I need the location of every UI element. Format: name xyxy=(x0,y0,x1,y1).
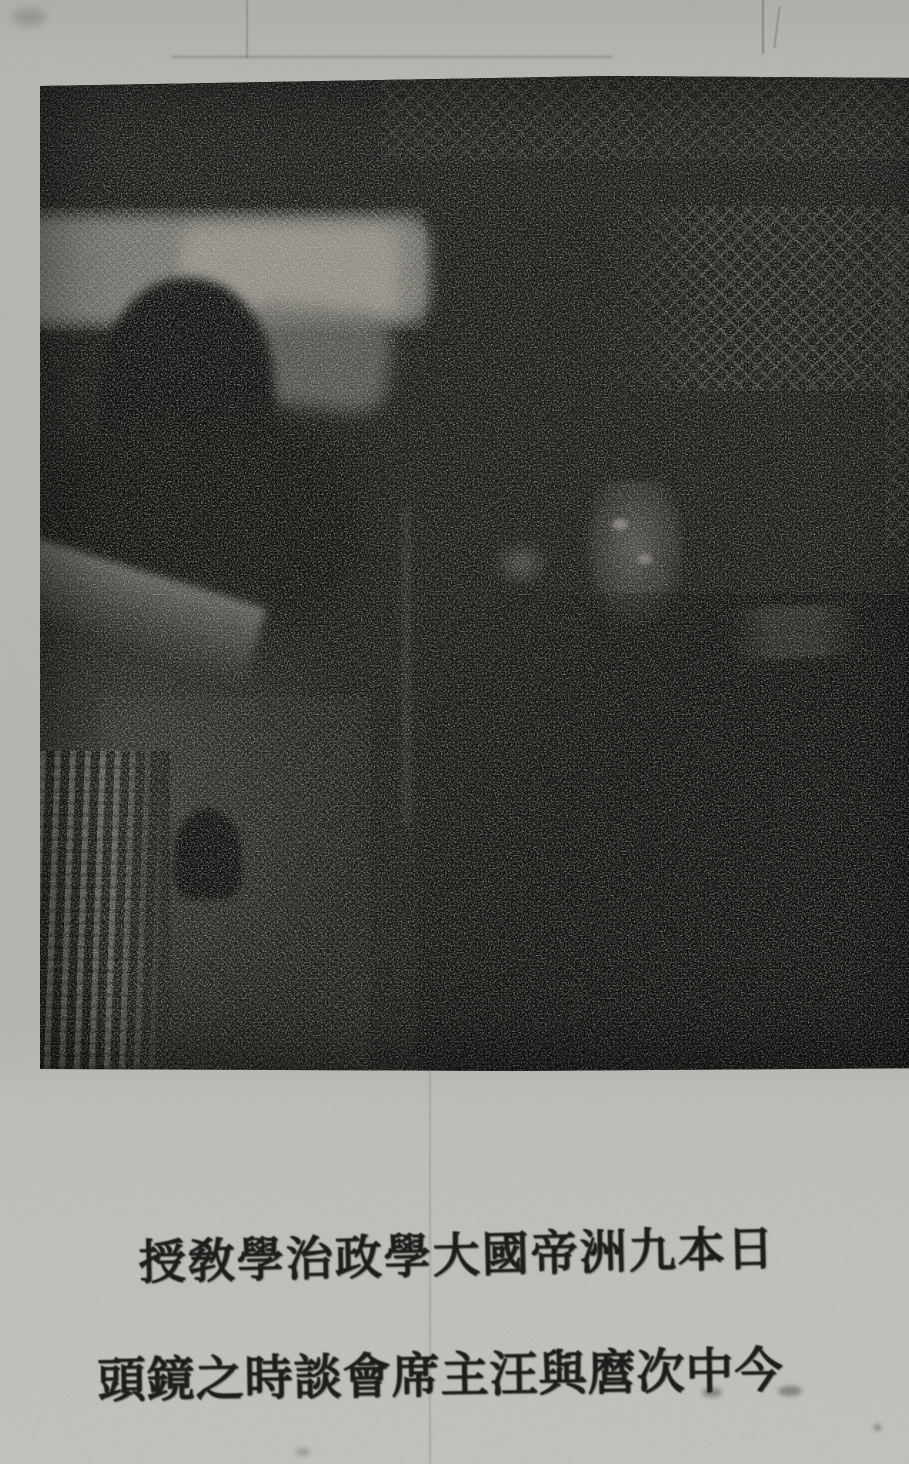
halftone-photograph xyxy=(40,76,909,1071)
fold-line-top xyxy=(246,0,248,58)
caption-line-2: 頭鏡之時談會席主汪與麿次中今 xyxy=(97,1331,784,1411)
print-line-above-photo xyxy=(172,56,612,58)
photo-vignette xyxy=(40,76,909,1071)
ink-smudge xyxy=(296,1448,310,1456)
scratch-mark xyxy=(773,6,780,48)
ink-smudge xyxy=(874,1424,881,1431)
newspaper-clipping: 授敎學治政學大國帝洲九本日 頭鏡之時談會席主汪與麿次中今 xyxy=(0,0,909,1464)
caption-line-1: 授敎學治政學大國帝洲九本日 xyxy=(138,1212,776,1293)
ink-smudge xyxy=(12,8,46,26)
scratch-mark xyxy=(762,0,764,54)
